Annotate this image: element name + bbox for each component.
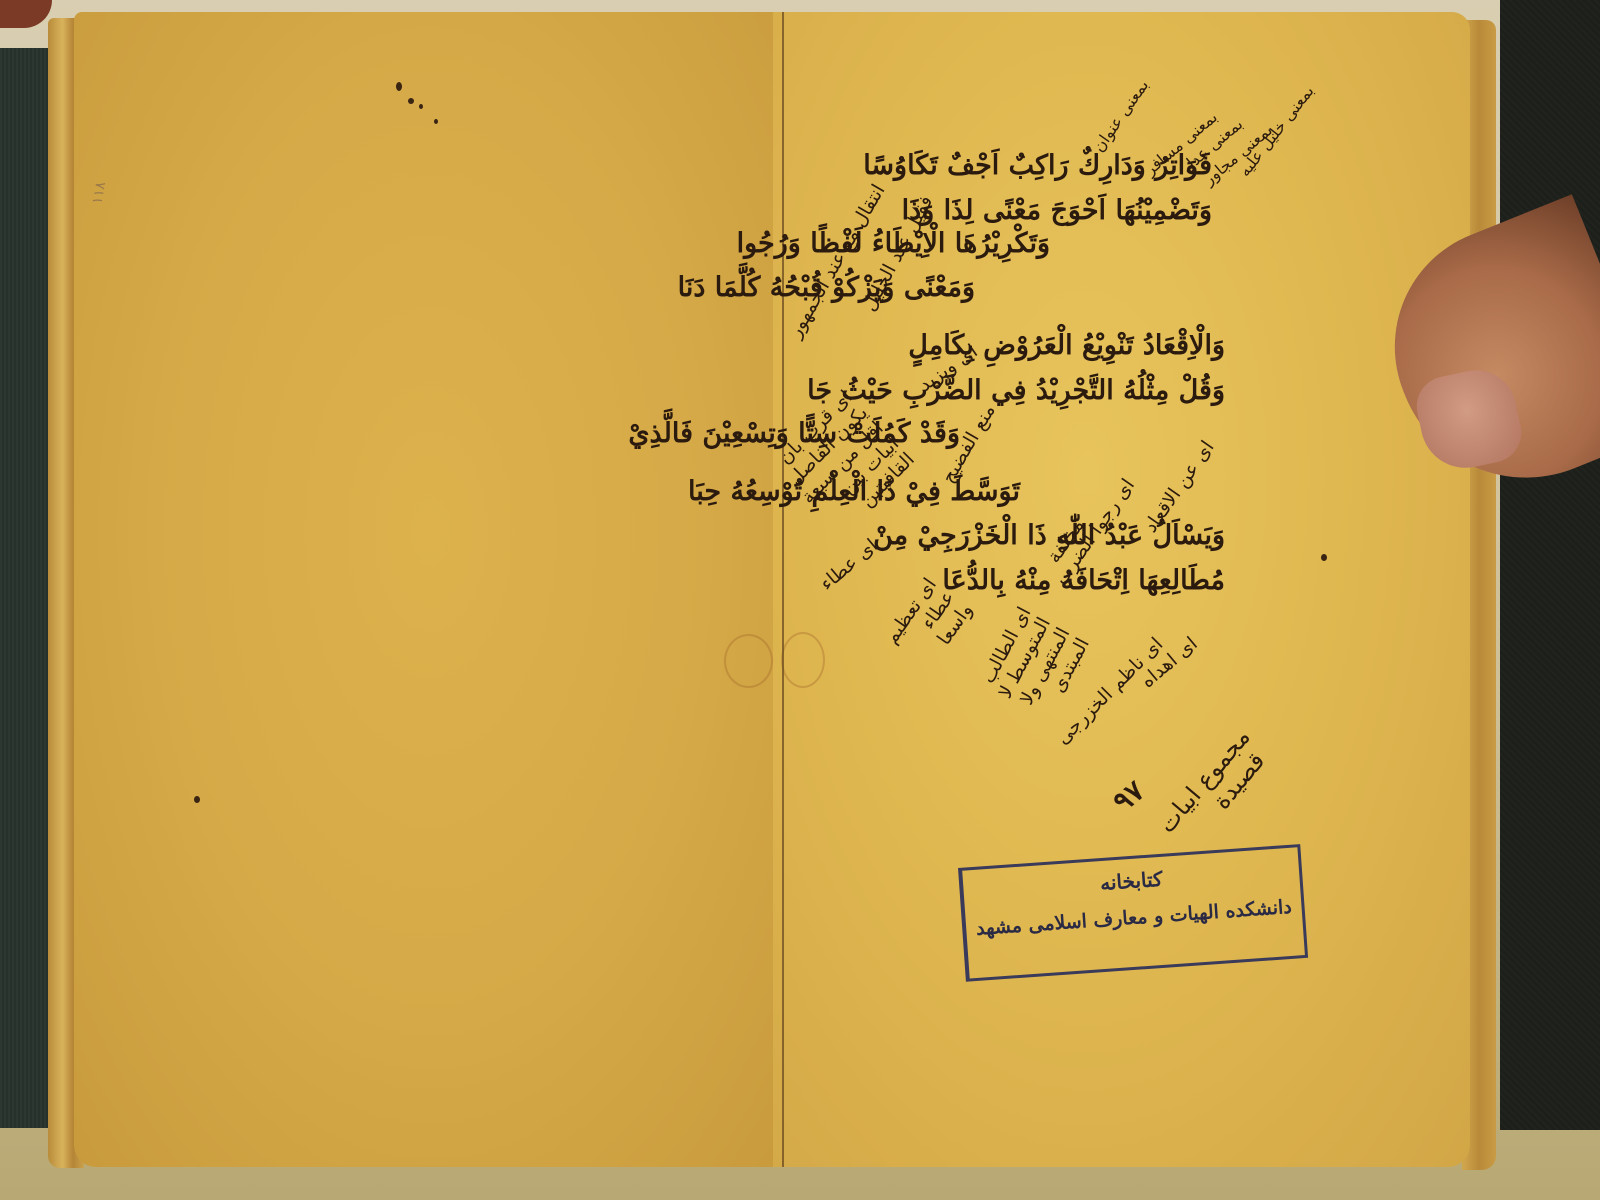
ink-speck bbox=[396, 82, 402, 91]
verse-line: فَوَاتِرُ وَدَارِكٌ رَاكِبٌ اَجْفٌ تَكَا… bbox=[863, 150, 1212, 181]
stamp-title: کتابخانه bbox=[963, 857, 1300, 904]
ink-speck bbox=[434, 119, 438, 124]
verse-line: مُطَالِعِهَا اِتْحَافَهُ مِنْهُ بِالدُّع… bbox=[942, 565, 1225, 596]
ink-speck bbox=[194, 796, 200, 803]
ink-speck bbox=[408, 98, 414, 104]
stamp-subtitle: دانشکده الهیات و معارف اسلامی مشهد bbox=[966, 895, 1303, 940]
library-stamp: کتابخانه دانشکده الهیات و معارف اسلامی م… bbox=[958, 844, 1308, 982]
ink-speck bbox=[419, 104, 423, 109]
verse-line: وَقُلْ مِثْلُهُ التَّجْرِيْدُ فِي الضَّر… bbox=[807, 375, 1225, 406]
water-stain bbox=[781, 632, 825, 688]
book-gutter bbox=[782, 12, 784, 1167]
left-page bbox=[74, 12, 787, 1167]
ink-speck bbox=[1321, 554, 1327, 561]
water-stain bbox=[724, 634, 773, 688]
verse-line: وَتَضْمِيْنُهَا اَحْوَجَ مَعْنًى لِذَا و… bbox=[902, 195, 1212, 226]
book-cover-right bbox=[1500, 0, 1600, 1130]
